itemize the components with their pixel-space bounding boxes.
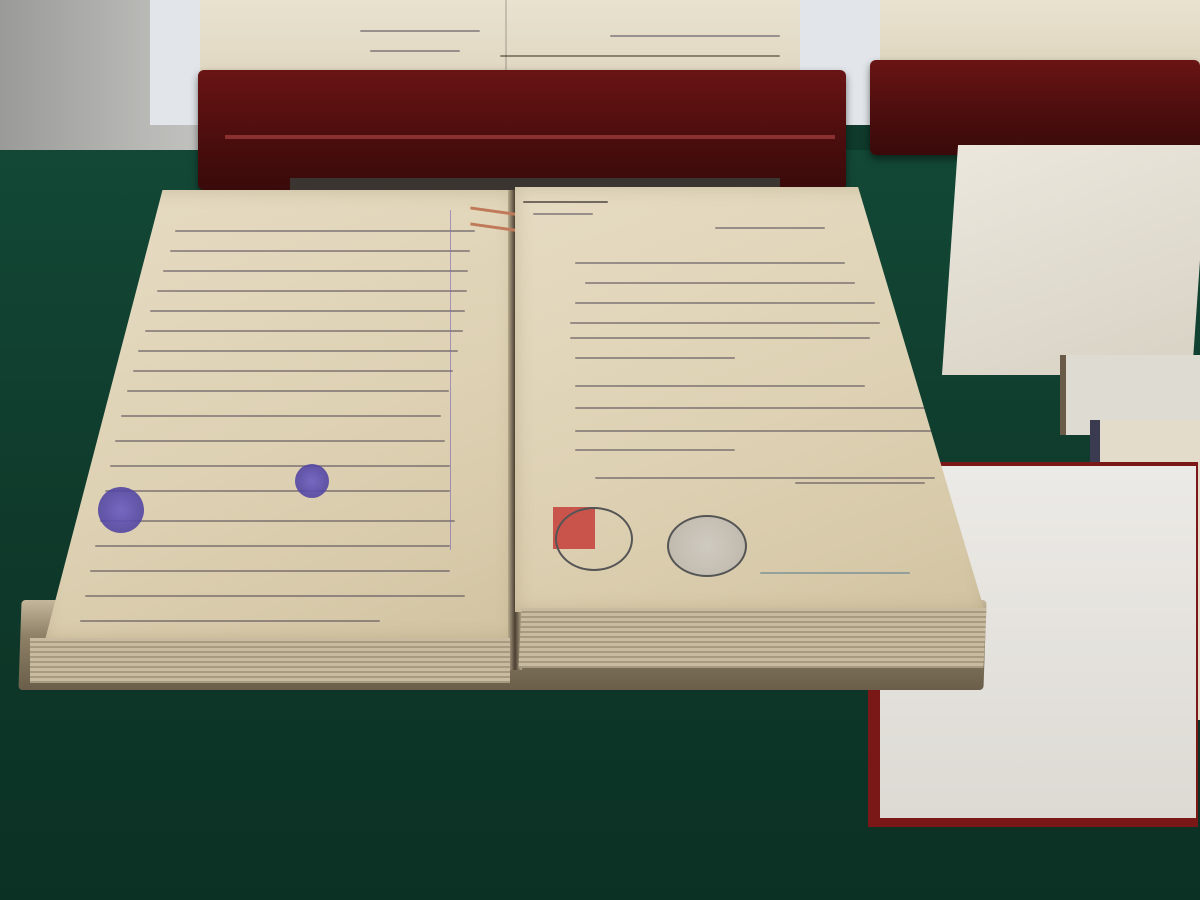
background-stand-left <box>198 70 846 190</box>
stand-edge <box>225 135 835 139</box>
background-stand-right <box>870 60 1200 155</box>
right-stacked-books <box>942 145 1200 375</box>
page-edges <box>518 608 986 668</box>
fingerprint-left <box>98 487 144 533</box>
round-seal-left <box>555 507 633 571</box>
fingerprint-right <box>295 464 329 498</box>
round-seal-right <box>667 515 747 577</box>
page-edges-left <box>30 638 510 683</box>
